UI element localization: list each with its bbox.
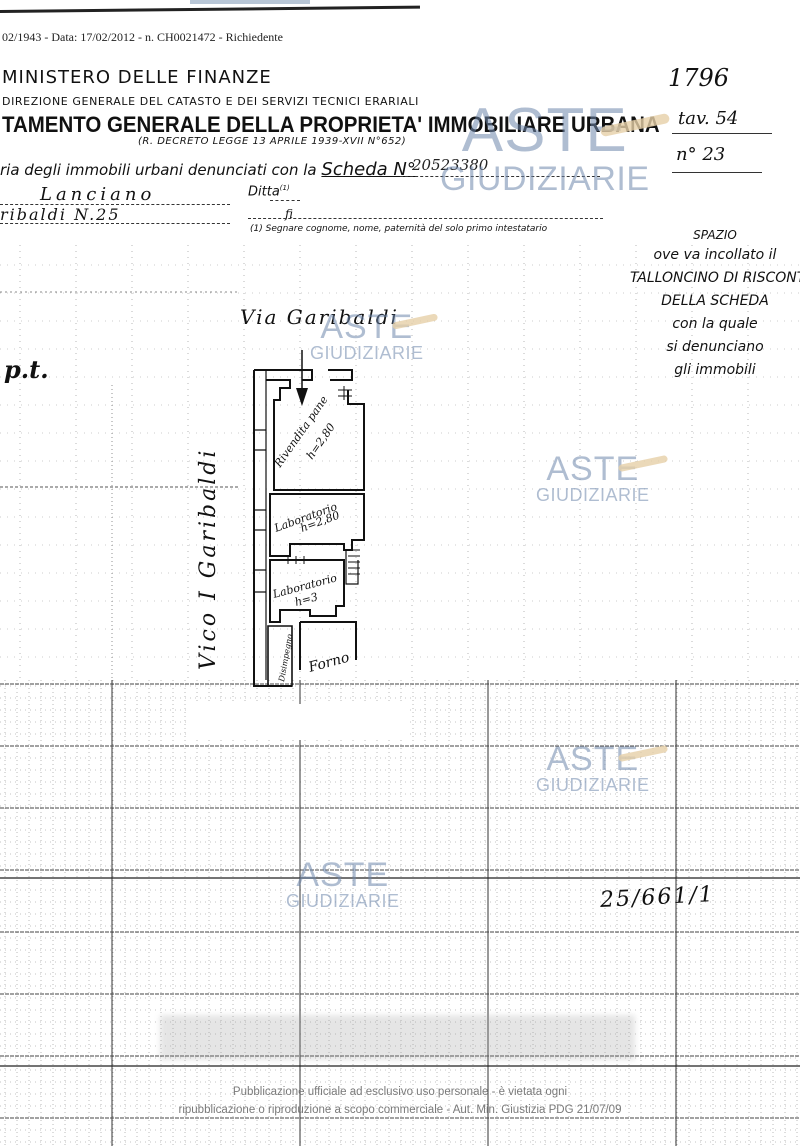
spazio-line: si denunciano: [630, 336, 800, 359]
watermark-logo: ASTE GIUDIZIARIE: [536, 742, 650, 794]
spazio-line: DELLA SCHEDA: [630, 290, 800, 313]
ditta-footnote-mark: (1): [280, 184, 290, 192]
tav-reference: tav. 54: [678, 108, 738, 129]
publication-notice-line1: Pubblicazione ufficiale ad esclusivo uso…: [150, 1083, 650, 1101]
publication-notice: Pubblicazione ufficiale ad esclusivo uso…: [150, 1083, 650, 1119]
plan-caption-prefix: ria degli immobili urbani denunciati con…: [0, 161, 317, 179]
address-value: ribaldi N.25: [0, 205, 121, 224]
ditta-value-underline: [248, 218, 603, 219]
watermark-line2: GIUDIZIARIE: [286, 892, 400, 910]
scan-edge-mark: [190, 0, 310, 4]
entrance-arrow-icon: [295, 350, 309, 410]
watermark-logo: ASTE GIUDIZIARIE: [536, 452, 650, 504]
ditta-footnote: (1) Segnare cognome, nome, paternità del…: [250, 224, 547, 234]
street-label-side-text: Vico I Garibaldi: [196, 430, 221, 670]
publication-notice-line2: ripubblicazione o riproduzione a scopo c…: [150, 1101, 650, 1119]
n-reference: n° 23: [676, 144, 725, 165]
tallon-space-notice: SPAZIO ove va incollato il TALLONCINO DI…: [630, 226, 800, 382]
tav-underline: [672, 133, 772, 134]
reference-number: 1796: [668, 64, 729, 92]
ditta-label: Ditta(1): [248, 184, 290, 199]
floor-label: p.t.: [4, 355, 49, 384]
room-label-forno: Forno: [306, 650, 351, 676]
n-underline: [672, 172, 762, 173]
watermark-line1: ASTE: [310, 310, 424, 344]
plan-caption: ria degli immobili urbani denunciati con…: [0, 159, 416, 180]
spazio-line: TALLONCINO DI RISCONTRO: [630, 267, 800, 290]
spazio-line: con la quale: [630, 313, 800, 336]
watermark-logo: ASTE GIUDIZIARIE: [286, 858, 400, 910]
decree-reference: (R. DECRETO LEGGE 13 APRILE 1939-XVII N°…: [138, 136, 406, 147]
ditta-underline: [270, 200, 300, 201]
watermark-line2: GIUDIZIARIE: [440, 162, 650, 196]
watermark-logo: ASTE GIUDIZIARIE: [310, 310, 424, 362]
spazio-line: gli immobili: [630, 359, 800, 382]
floor-plan: Rivendita pane h=2,80 Laboratorio h=2,80…: [240, 360, 390, 690]
address-underline: [0, 223, 230, 224]
request-line: 02/1943 - Data: 17/02/2012 - n. CH002147…: [2, 30, 283, 45]
watermark-logo: ASTE GIUDIZIARIE: [440, 100, 650, 196]
redacted-smudge: [160, 1015, 635, 1060]
comune-value: Lanciano: [40, 184, 155, 205]
ditta-label-text: Ditta: [248, 184, 280, 199]
watermark-line2: GIUDIZIARIE: [310, 344, 424, 362]
spazio-line: ove va incollato il: [630, 244, 800, 267]
spazio-line: SPAZIO: [630, 226, 800, 244]
watermark-line1: ASTE: [286, 858, 400, 892]
watermark-line2: GIUDIZIARIE: [536, 776, 650, 794]
watermark-line2: GIUDIZIARIE: [536, 486, 650, 504]
ministry-title: MINISTERO DELLE FINANZE: [2, 67, 272, 88]
directorate-subtitle: DIREZIONE GENERALE DEL CATASTO E DEI SER…: [2, 95, 419, 108]
